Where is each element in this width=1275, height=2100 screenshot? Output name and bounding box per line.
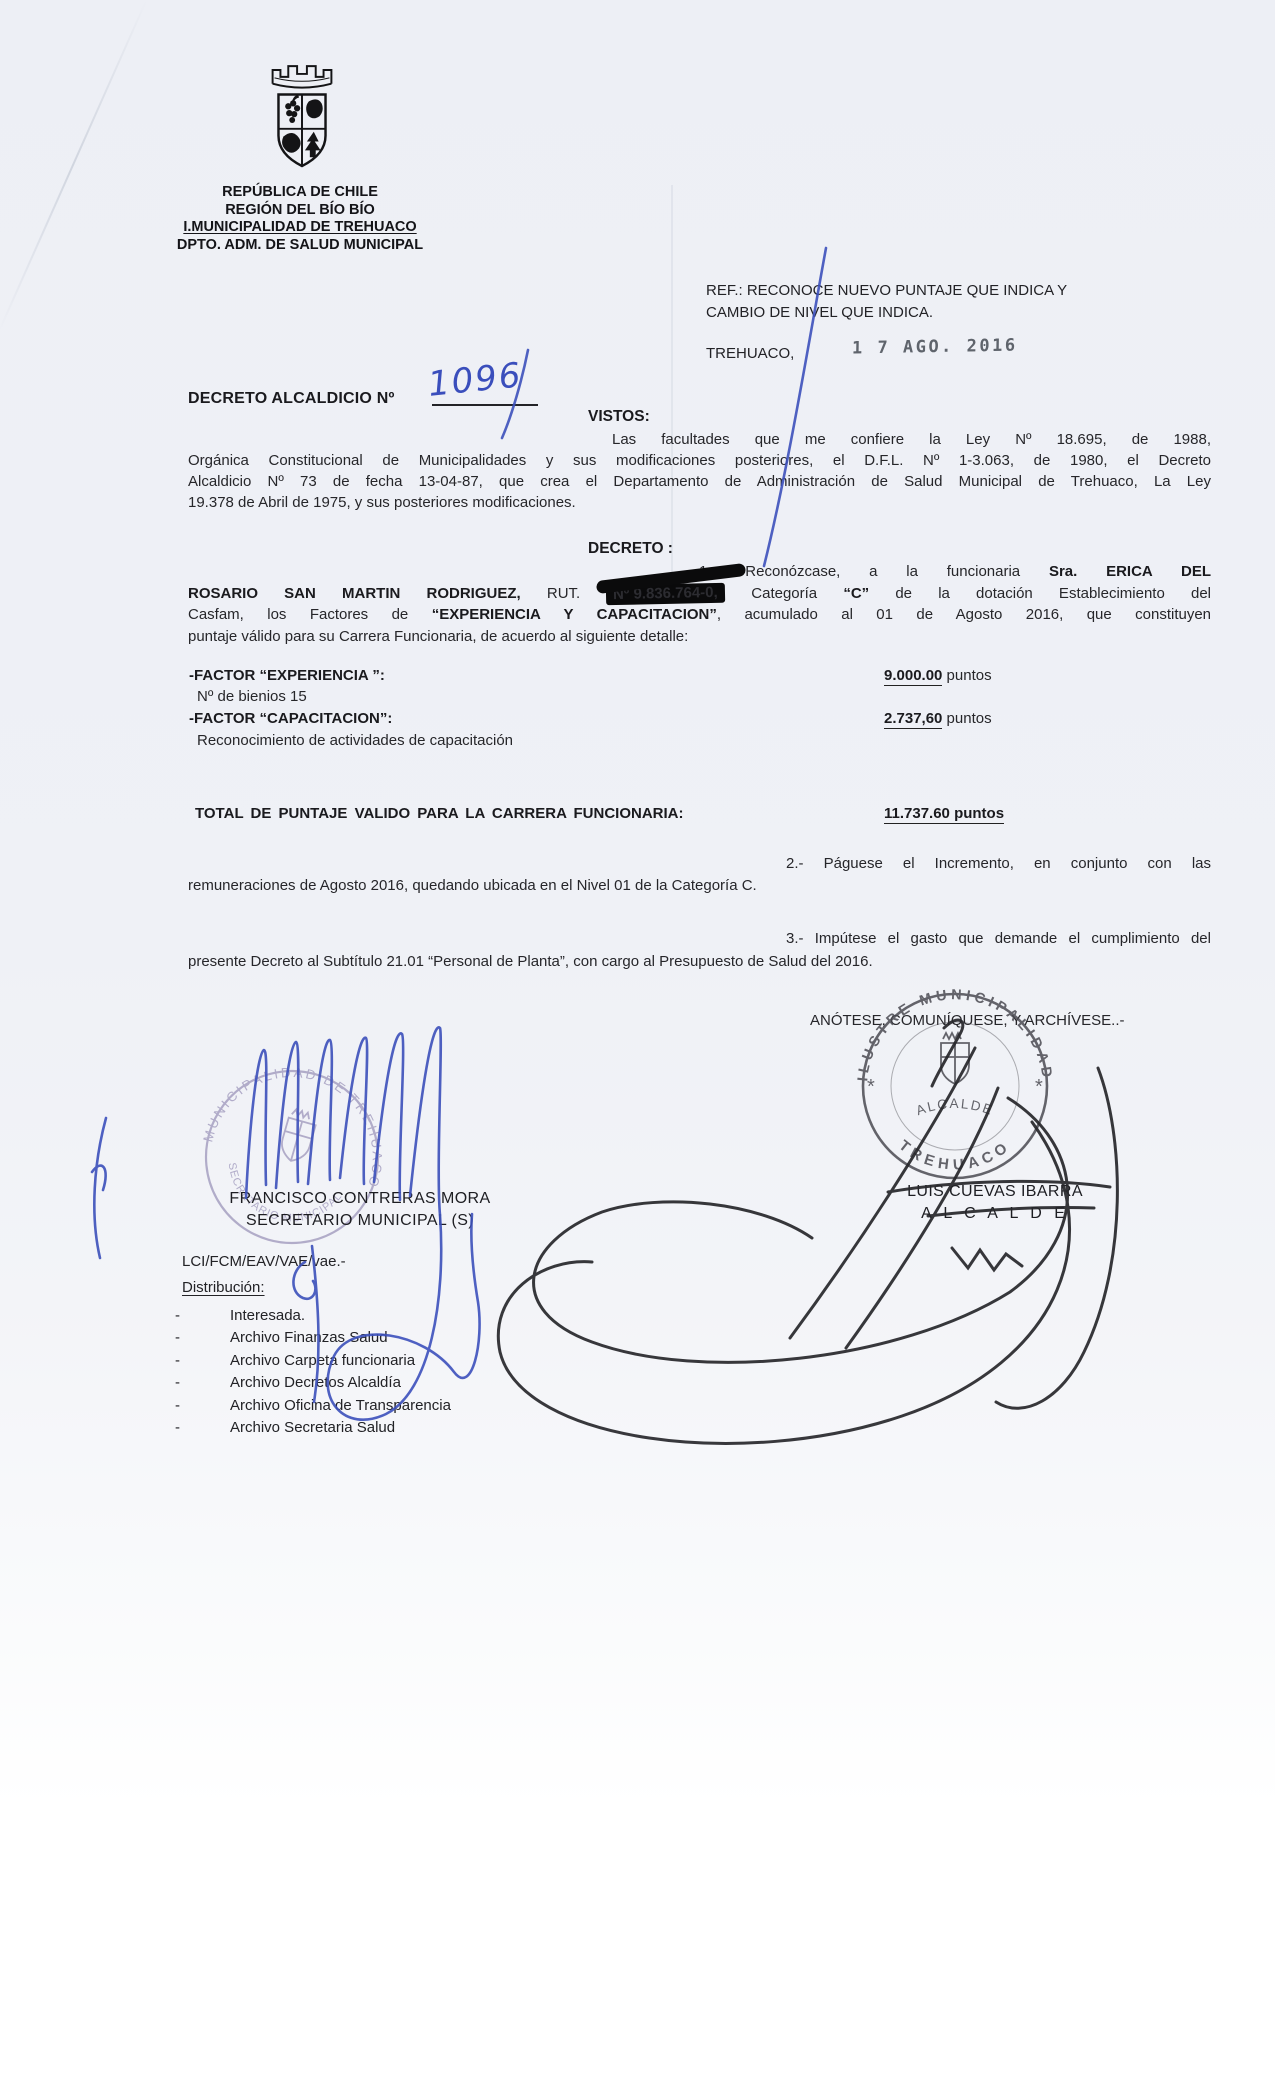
p1-l2-rut-label: RUT. — [521, 585, 607, 602]
letterhead-country: REPÚBLICA DE CHILE — [150, 184, 450, 202]
factor2-value: 2.737,60 puntos — [884, 708, 992, 729]
mayor-stamp-center-text: ALCALDE — [914, 1096, 996, 1118]
list-dash: - — [175, 1305, 230, 1326]
factor2-label: -FACTOR “CAPACITACION”: — [189, 708, 392, 729]
vistos-line3: Alcaldicio Nº 73 de fecha 13-04-87, que … — [188, 471, 1211, 492]
distribution-item-text: Archivo Secretaria Salud — [230, 1419, 395, 1436]
distribution-item-text: Archivo Finanzas Salud — [230, 1329, 388, 1346]
fold-crease-topleft — [0, 0, 148, 331]
svg-text:ALCALDE: ALCALDE — [914, 1096, 996, 1118]
fold-crease-center — [671, 185, 673, 575]
vistos-line4: 19.378 de Abril de 1975, y sus posterior… — [188, 492, 576, 513]
vistos-line2: Orgánica Constitucional de Municipalidad… — [188, 450, 1211, 471]
mayor-name-block: LUIS CUEVAS IBARRA A L C A L D E — [870, 1181, 1120, 1225]
distribution-item: -Archivo Decretos Alcaldía — [175, 1372, 401, 1393]
distribution-item: -Archivo Secretaria Salud — [175, 1417, 395, 1438]
distribution-item: -Archivo Oficina de Transparencia — [175, 1395, 451, 1416]
list-dash: - — [175, 1350, 230, 1371]
distribution-item: -Interesada. — [175, 1305, 305, 1326]
paragraph2-line2: remuneraciones de Agosto 2016, quedando … — [188, 875, 757, 896]
margin-mark2 — [92, 1166, 106, 1190]
ref-line1: REF.: RECONOCE NUEVO PUNTAJE QUE INDICA … — [706, 280, 1067, 302]
ref-line2: CAMBIO DE NIVEL QUE INDICA. — [706, 302, 1067, 324]
total-points: 11.737.60 puntos — [884, 805, 1004, 824]
date-stamp: 1 7 AGO. 2016 — [852, 336, 1018, 359]
letterhead-municipality: I.MUNICIPALIDAD DE TREHUACO — [150, 219, 450, 237]
ref-block: REF.: RECONOCE NUEVO PUNTAJE QUE INDICA … — [706, 280, 1067, 323]
factor1-unit: puntos — [942, 667, 991, 684]
coat-of-arms-icon — [253, 56, 351, 184]
total-value: 11.737.60 puntos — [884, 803, 1004, 824]
p1-l3-pre: Casfam, los Factores de — [188, 606, 432, 623]
vistos-line1: Las facultades que me confiere la Ley Nº… — [612, 429, 1211, 450]
paragraph1-line4: puntaje válido para su Carrera Funcionar… — [188, 626, 688, 647]
p1-l2-cat: Categoría — [725, 585, 843, 602]
mayor-title: A L C A L D E — [870, 1203, 1120, 1225]
decree-label: DECRETO ALCALDICIO Nº — [188, 388, 395, 409]
factor1-points: 9.000.00 — [884, 667, 942, 686]
paragraph1-line2: ROSARIO SAN MARTIN RODRIGUEZ, RUT. Nº 9.… — [188, 583, 1211, 604]
letterhead-region: REGIÓN DEL BÍO BÍO — [150, 202, 450, 220]
secretary-name-block: FRANCISCO CONTRERAS MORA SECRETARIO MUNI… — [195, 1188, 525, 1232]
decreto-heading: DECRETO : — [588, 538, 673, 559]
margin-mark — [94, 1118, 106, 1258]
decree-number-handwritten: 1096 — [426, 355, 524, 405]
secretary-name: FRANCISCO CONTRERAS MORA — [195, 1188, 525, 1210]
factor2-unit: puntos — [942, 710, 991, 727]
list-dash: - — [175, 1327, 230, 1348]
p1-l3-factors: “EXPERIENCIA Y CAPACITACION” — [432, 606, 717, 623]
factor1-value: 9.000.00 puntos — [884, 665, 992, 686]
factor1-sub: Nº de bienios 15 — [197, 686, 307, 707]
factor2-sub: Reconocimiento de actividades de capacit… — [197, 730, 513, 751]
paragraph2-line1: 2.- Páguese el Incremento, en conjunto c… — [786, 853, 1211, 874]
paragraph3-line2: presente Decreto al Subtítulo 21.01 “Per… — [188, 951, 873, 972]
mayor-stamp-left-star: * — [867, 1076, 875, 1098]
initials-line: LCI/FCM/EAV/VAE/vae.- — [182, 1251, 346, 1272]
distribution-item-text: Archivo Decretos Alcaldía — [230, 1374, 401, 1391]
distribution-item-text: Archivo Oficina de Transparencia — [230, 1397, 451, 1414]
distribution-item-text: Archivo Carpeta funcionaria — [230, 1352, 415, 1369]
total-label: TOTAL DE PUNTAJE VALIDO PARA LA CARRERA … — [195, 803, 684, 824]
p1-l2-rest: de la dotación Establecimiento del — [869, 585, 1211, 602]
list-dash: - — [175, 1395, 230, 1416]
distribution-label: Distribución: — [182, 1277, 265, 1298]
list-dash: - — [175, 1417, 230, 1438]
paragraph3-line1: 3.- Impútese el gasto que demande el cum… — [786, 928, 1211, 949]
distribution-item-text: Interesada. — [230, 1307, 305, 1324]
vistos-label: VISTOS: — [588, 406, 650, 427]
mayor-stamp: ILUSTRE MUNICIPALIDAD TREHUACO ALCALDE *… — [850, 981, 1060, 1191]
letterhead-department: DPTO. ADM. DE SALUD MUNICIPAL — [150, 237, 450, 255]
distribution-item: -Archivo Finanzas Salud — [175, 1327, 388, 1348]
paragraph1-line3: Casfam, los Factores de “EXPERIENCIA Y C… — [188, 604, 1211, 625]
letterhead: REPÚBLICA DE CHILE REGIÓN DEL BÍO BÍO I.… — [150, 184, 450, 254]
factor2-points: 2.737,60 — [884, 710, 942, 729]
p1-l2-cat-letter: “C” — [843, 585, 869, 602]
mayor-stamp-right-star: * — [1035, 1076, 1043, 1098]
p1-l2-name: ROSARIO SAN MARTIN RODRIGUEZ, — [188, 585, 521, 602]
p1-l1-text: 1.- Reconózcase, a la funcionaria — [699, 563, 1049, 580]
mayor-name: LUIS CUEVAS IBARRA — [870, 1181, 1120, 1203]
distribution-item: -Archivo Carpeta funcionaria — [175, 1350, 415, 1371]
factor1-label: -FACTOR “EXPERIENCIA ”: — [189, 665, 385, 686]
list-dash: - — [175, 1372, 230, 1393]
scanned-decree-page: REPÚBLICA DE CHILE REGIÓN DEL BÍO BÍO I.… — [0, 0, 1275, 2100]
ink-overlay — [0, 0, 1275, 2100]
p1-l3-post: , acumulado al 01 de Agosto 2016, que co… — [717, 606, 1211, 623]
decree-number-underline — [432, 404, 538, 406]
secretary-title: SECRETARIO MUNICIPAL (S) — [195, 1210, 525, 1232]
place-line: TREHUACO, — [706, 343, 794, 365]
p1-l1-name: Sra. ERICA DEL — [1049, 563, 1211, 580]
paragraph1-line1: 1.- Reconózcase, a la funcionaria Sra. E… — [699, 561, 1211, 582]
